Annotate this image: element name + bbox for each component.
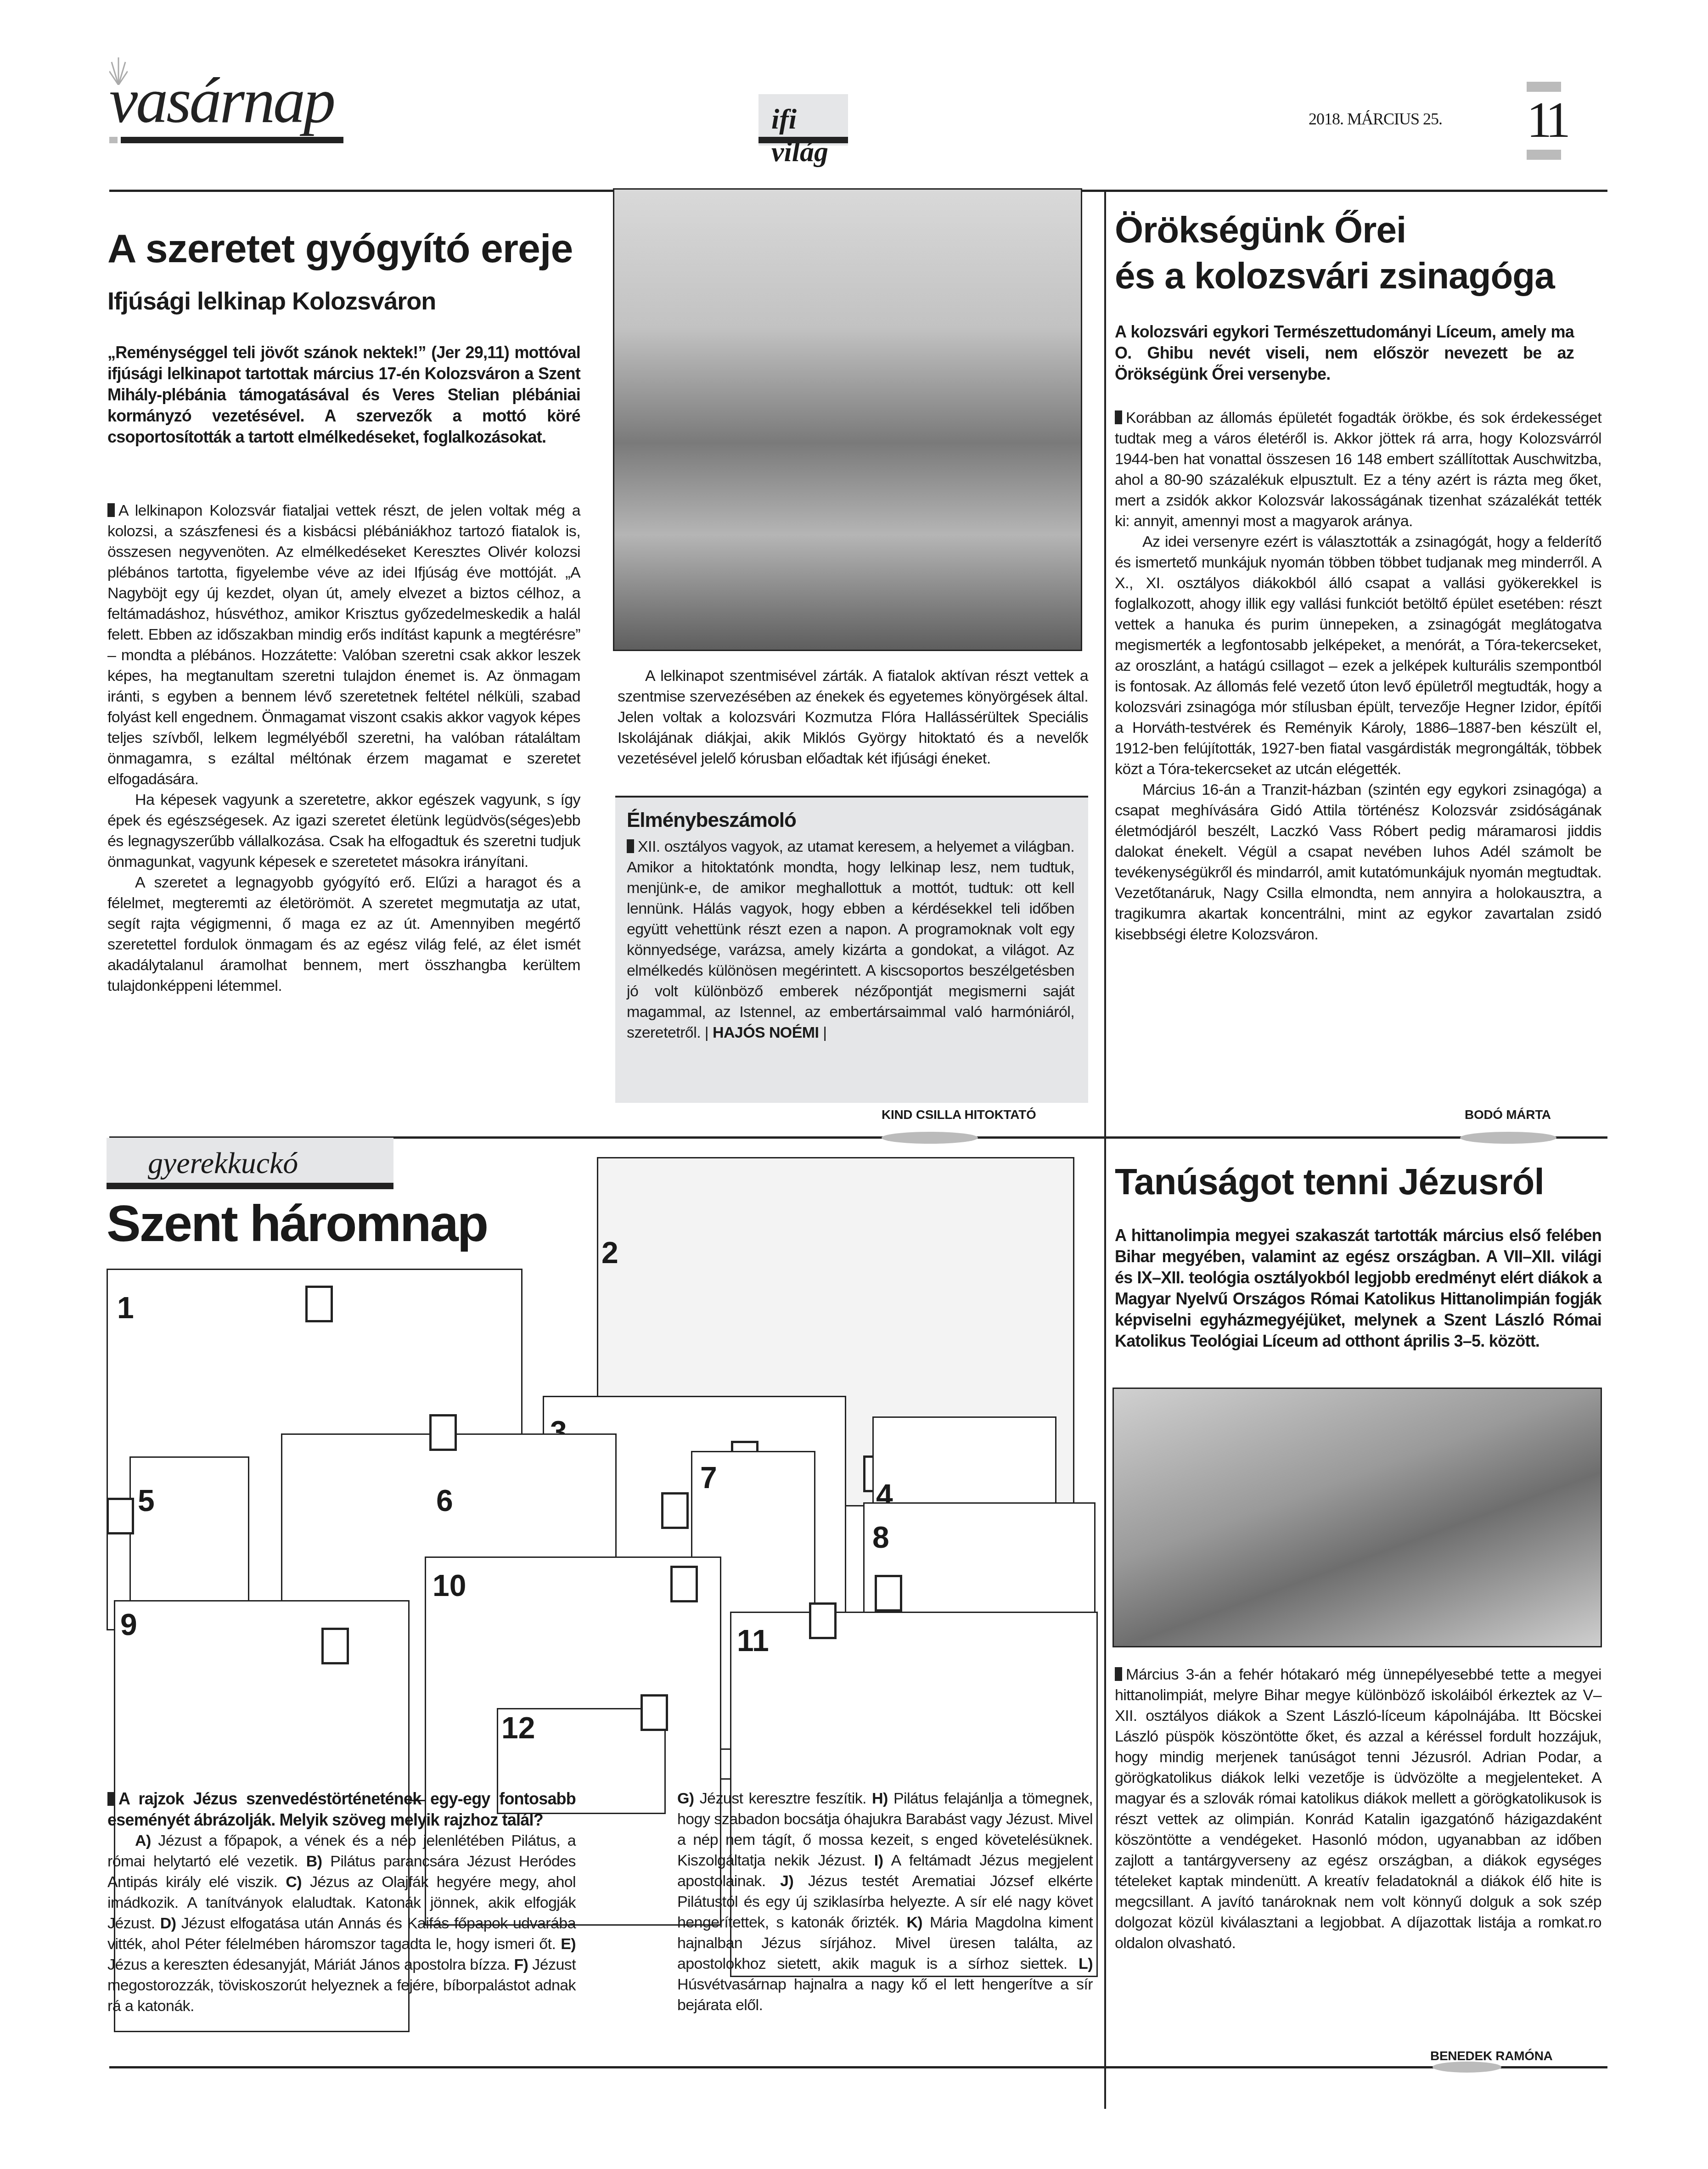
article1-lead: „Reménységgel teli jövőt szánok nektek!”…	[107, 342, 580, 448]
article3-title: Tanúságot tenni Jézusról	[1115, 1161, 1544, 1203]
panel-number: 10	[433, 1568, 466, 1603]
masthead: vasárnap	[109, 69, 385, 133]
panel-number: 8	[872, 1520, 889, 1555]
issue-date: 2018. MÁRCIUS 25.	[1309, 109, 1442, 129]
article1-body: A lelkinapon Kolozsvár fiataljai vettek …	[107, 500, 580, 996]
article3-lead: A hittanolimpia megyei szakaszát tartott…	[1115, 1225, 1601, 1352]
paragraph-marker-icon	[107, 1792, 115, 1806]
paragraph-marker-icon	[1115, 410, 1122, 424]
article2-byline: BODÓ MÁRTA	[1465, 1107, 1551, 1122]
answer-box-7[interactable]	[661, 1492, 689, 1529]
article3-photo	[1112, 1388, 1602, 1647]
panel-number: 12	[501, 1710, 535, 1745]
article2-lead: A kolozsvári egykori Természettudományi …	[1115, 321, 1574, 385]
article1-byline: KIND CSILLA HITOKTATÓ	[882, 1107, 1036, 1122]
answer-box-5[interactable]	[107, 1498, 134, 1534]
panel-number: 5	[138, 1483, 155, 1518]
paragraph-marker-icon	[627, 839, 634, 853]
page-number-block: 11	[1527, 82, 1561, 224]
page-number: 11	[1527, 91, 1561, 149]
sidebar-box: Élménybeszámoló XII. osztályos vagyok, a…	[615, 798, 1088, 1103]
article3-body: Március 3-án a fehér hótakaró még ünnepé…	[1115, 1664, 1601, 1954]
answer-box-8[interactable]	[875, 1575, 902, 1612]
section-tab: ifi világ	[758, 94, 848, 146]
article2-title-line1: Örökségünk Őrei	[1115, 209, 1406, 251]
article1-photo	[613, 188, 1082, 651]
answer-box-1[interactable]	[305, 1286, 333, 1322]
panel-number: 1	[117, 1290, 134, 1325]
panel-number: 7	[700, 1460, 717, 1495]
section-label: ifi világ	[771, 103, 848, 169]
sidebar-author: HAJÓS NOÉMI	[713, 1024, 819, 1041]
quiz-left-column: A rajzok Jézus szenvedéstörténetének egy…	[107, 1788, 576, 2017]
sidebar-title: Élménybeszámoló	[627, 809, 796, 832]
answer-box-9[interactable]	[321, 1628, 349, 1664]
bottom-rule	[109, 2066, 1607, 2068]
panel-number: 11	[737, 1623, 769, 1658]
kids-title: Szent háromnap	[107, 1194, 487, 1253]
quiz-right-column: G) Jézust keresztre feszítik. H) Pilátus…	[677, 1788, 1093, 2016]
article3-byline: BENEDEK RAMÓNA	[1430, 2049, 1552, 2063]
kids-section-tab: gyerekkuckó	[107, 1138, 393, 1189]
paragraph-marker-icon	[1115, 1667, 1122, 1681]
answer-box-6[interactable]	[429, 1414, 457, 1451]
panel-number: 6	[436, 1483, 453, 1518]
kids-section-label: gyerekkuckó	[148, 1146, 298, 1181]
article1-closing: A lelkinapot szentmisével zárták. A fiat…	[618, 666, 1088, 769]
answer-box-10[interactable]	[670, 1566, 698, 1602]
article1-title: A szeretet gyógyító ereje	[107, 225, 573, 272]
paragraph-marker-icon	[107, 503, 115, 517]
answer-box-12[interactable]	[640, 1694, 668, 1731]
panel-number: 2	[601, 1235, 618, 1270]
answer-box-11[interactable]	[809, 1602, 837, 1639]
article2-title-line2: és a kolozsvári zsinagóga	[1115, 255, 1555, 297]
sunburst-logo-icon	[109, 57, 128, 85]
masthead-title: vasárnap	[109, 65, 334, 136]
article1-subtitle: Ifjúsági lelkinap Kolozsváron	[107, 287, 436, 315]
panel-number: 9	[120, 1607, 137, 1642]
article2-body: Korábban az állomás épületét fogadták ör…	[1115, 408, 1601, 945]
